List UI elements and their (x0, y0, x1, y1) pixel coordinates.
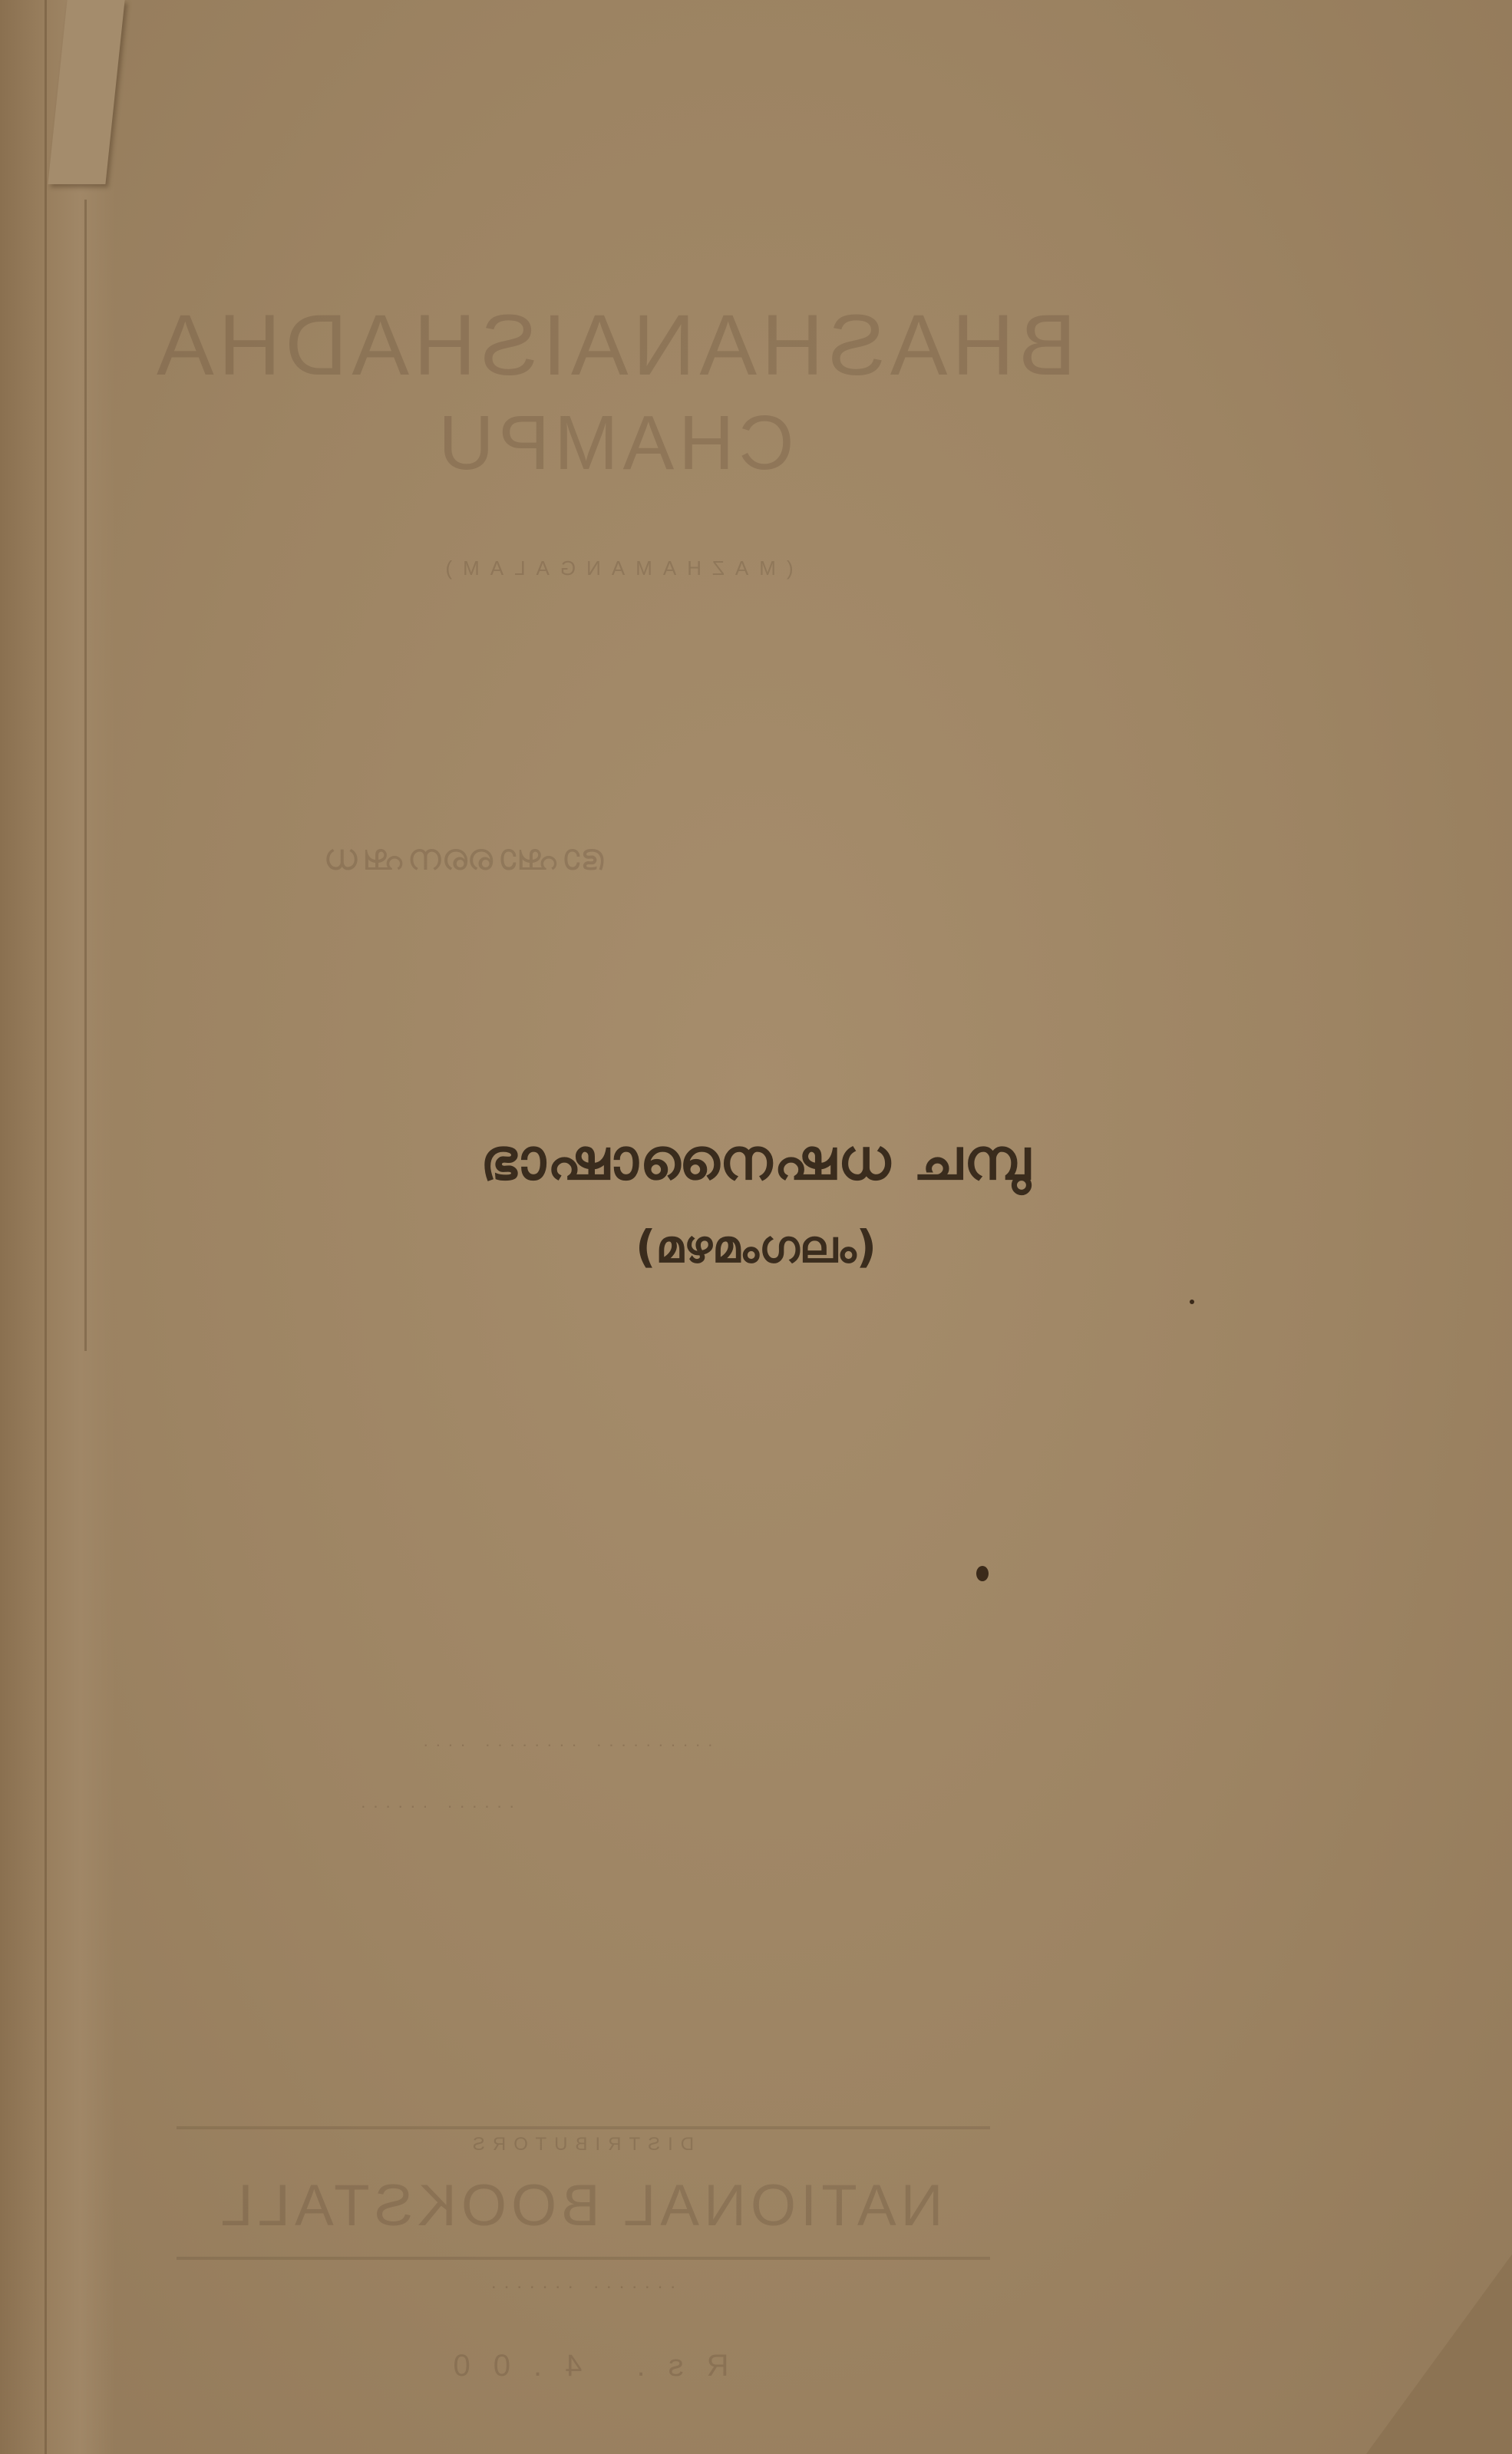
show-through-text: ...... ...... (0, 1792, 1190, 1812)
show-through-price: Rs. 4.00 (0, 2349, 1335, 2383)
show-through-subtitle: (MAZHAMANGALAM) (0, 557, 1370, 580)
show-through-rule (177, 2126, 990, 2129)
show-through-title: CHAMPU (0, 399, 1370, 487)
show-through-rule (177, 2257, 990, 2260)
show-through-malayalam: ഭാഷാനൈഷധ (0, 837, 1220, 880)
show-through-publisher: NATIONAL BOOKSTALL (0, 2172, 1335, 2239)
show-through-title: BHASHANAISHADHA (0, 296, 1370, 395)
ink-spot (976, 1566, 989, 1581)
show-through-text: .......... ........ .... (0, 1731, 1320, 1751)
book-subtitle: (മഴമംഗലം) (0, 1220, 1512, 1273)
show-through-address: ....... ....... (0, 2272, 1335, 2294)
ink-speck (1190, 1300, 1194, 1304)
show-through-distributors: DISTRIBUTORS (0, 2134, 1335, 2155)
folded-corner (1366, 2254, 1512, 2454)
book-title: ഭാഷാനൈഷധ ചമ്പു (0, 1127, 1512, 1194)
scanned-page: BHASHANAISHADHA CHAMPU (MAZHAMANGALAM) ഭ… (0, 0, 1512, 2454)
